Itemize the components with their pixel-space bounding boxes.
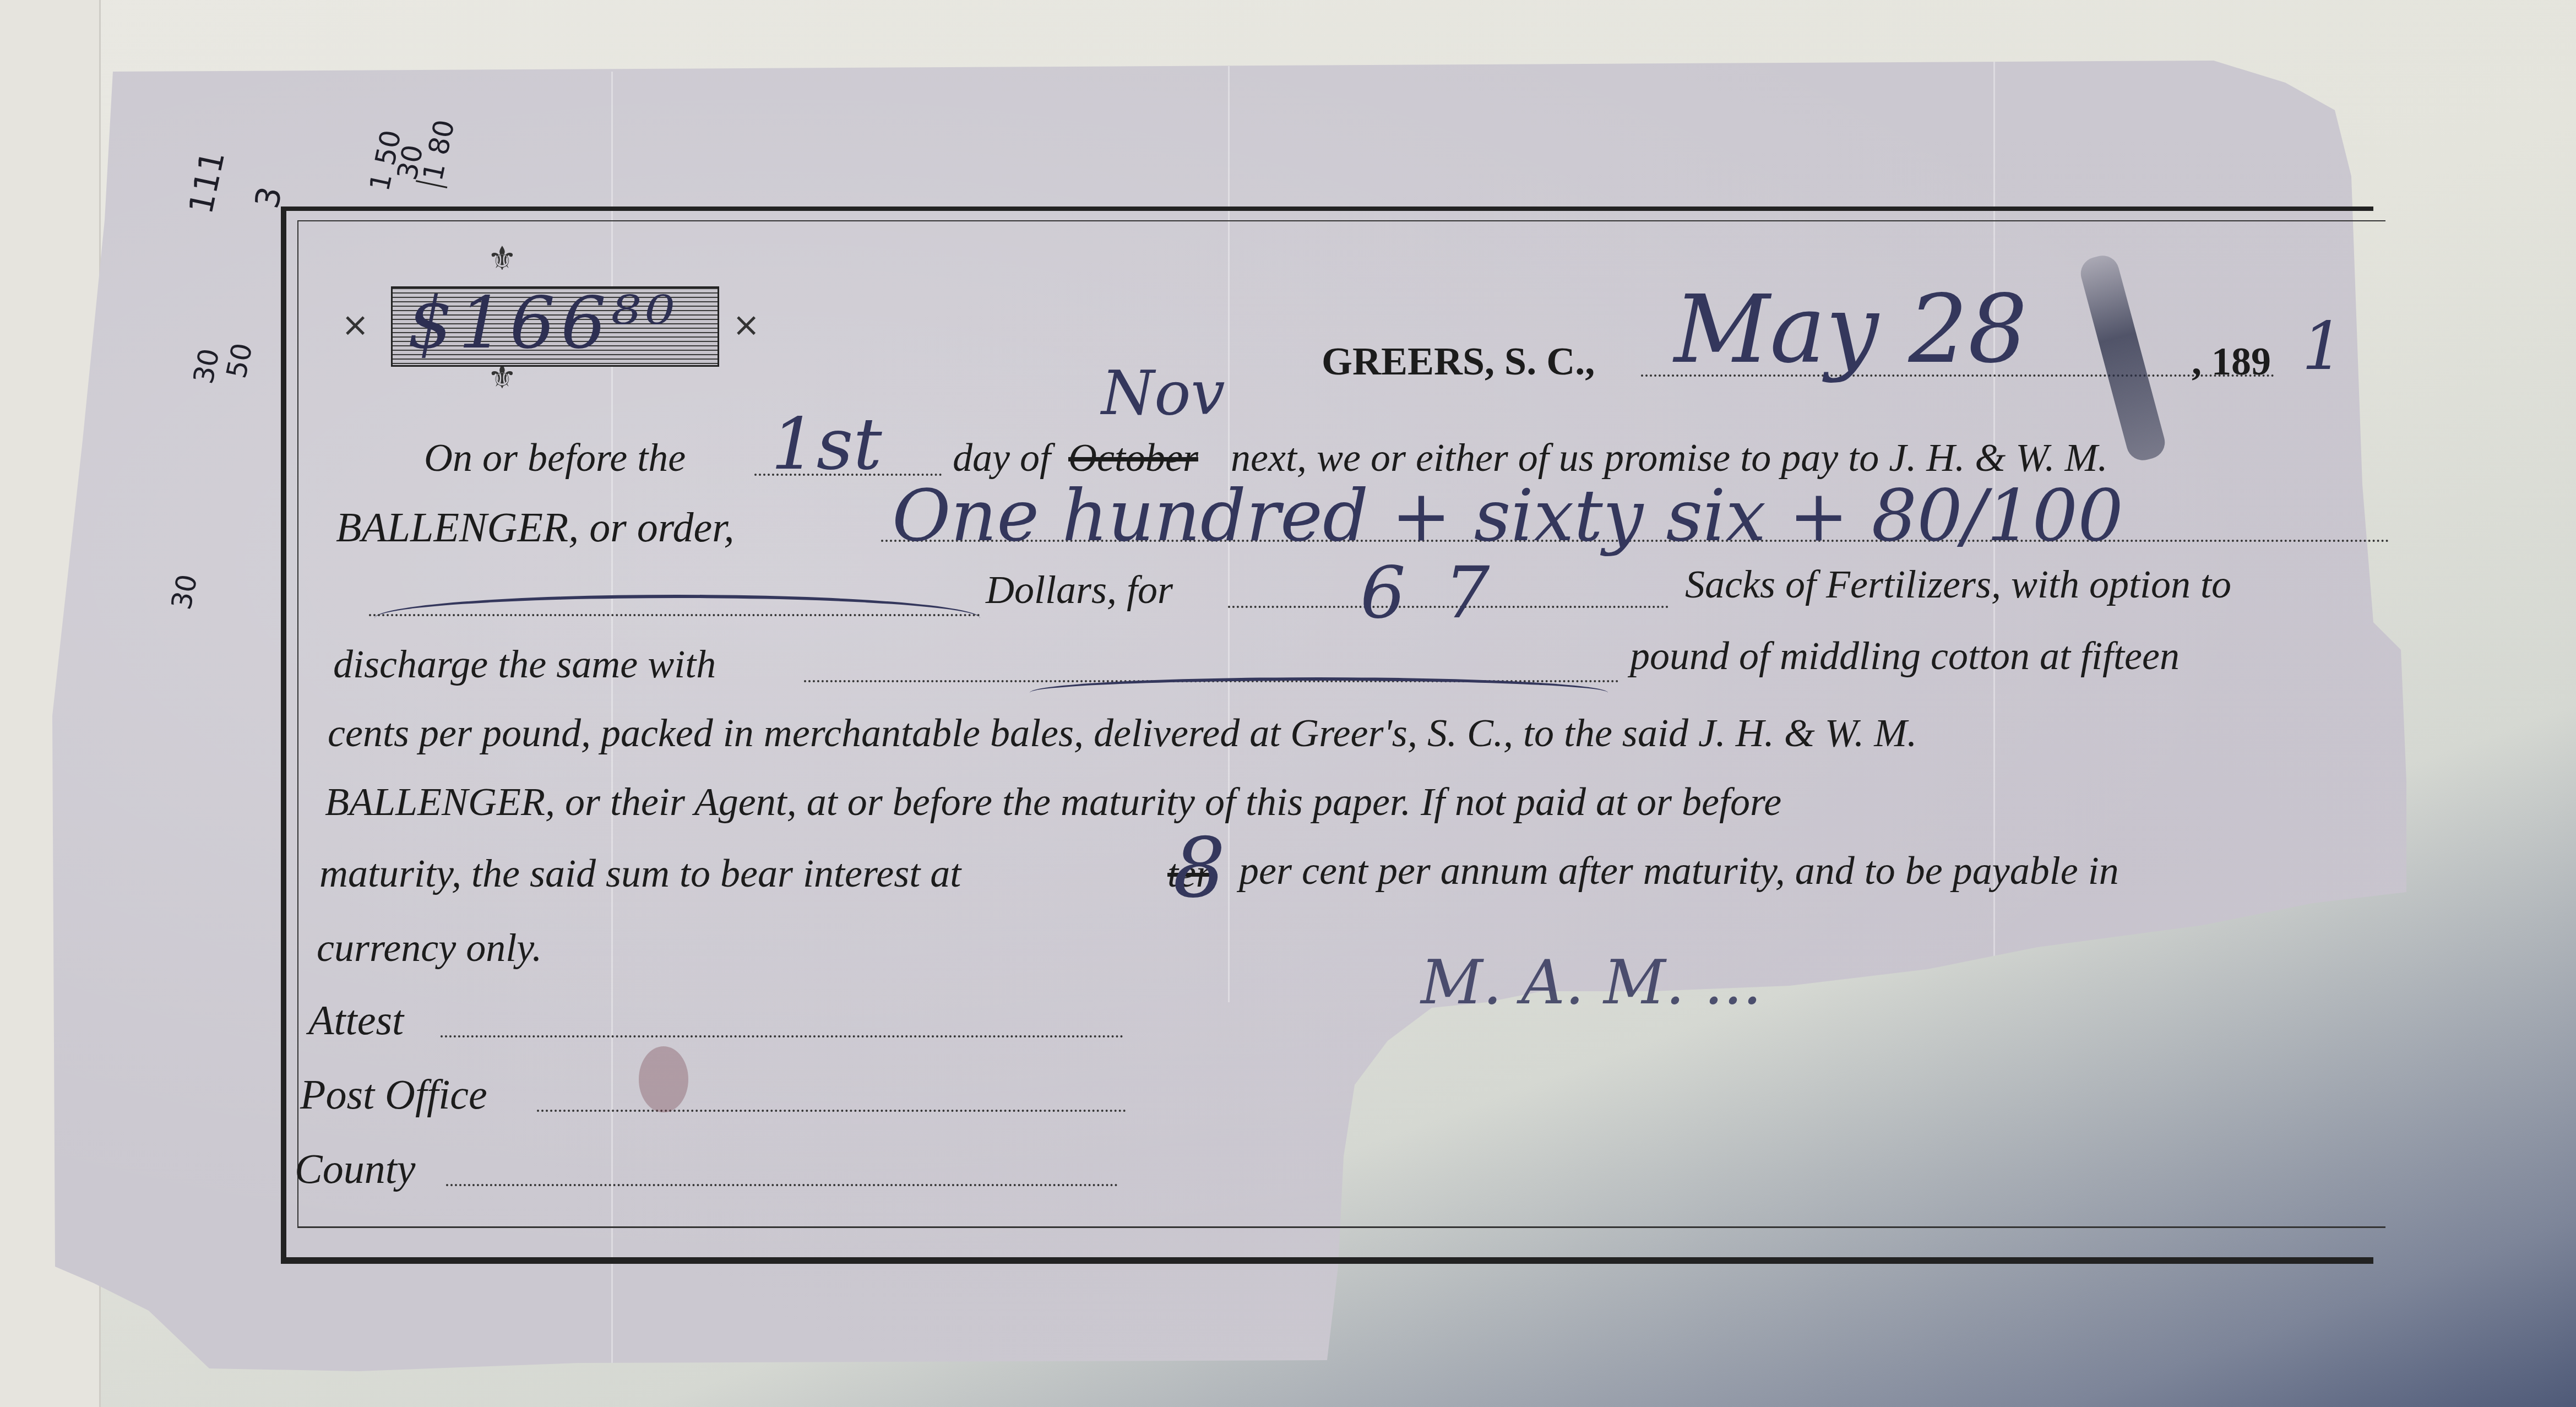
line2-prefix: BALLENGER, or order, (336, 504, 734, 552)
sacks-handwritten: 67 (1360, 551, 1528, 634)
line7-suffix: per cent per annum after maturity, and t… (1239, 848, 2119, 894)
line4-suffix: pound of middling cotton at fifteen (1630, 633, 2180, 679)
post-office-field[interactable] (537, 1110, 1126, 1112)
county-label: County (295, 1145, 416, 1193)
line8: currency only. (317, 925, 542, 971)
ornament-icon: ⨯ (732, 306, 760, 344)
attest-field[interactable] (441, 1035, 1123, 1037)
line5: cents per pound, packed in merchantable … (328, 710, 1917, 756)
signature-partial: M. A. M. ... (1421, 947, 1762, 1018)
amount-box: ⚜ ⚜ ⨯ ⨯ $166⁸⁰ (330, 259, 782, 385)
year-handwritten: 1 (2302, 308, 2344, 385)
year-printed: , 189 (2192, 339, 2271, 384)
attest-label: Attest (308, 997, 404, 1045)
place-label: GREERS, S. C., (1322, 339, 1595, 384)
county-field[interactable] (446, 1184, 1118, 1186)
ornament-icon: ⚜ (487, 240, 517, 278)
blank-strike-scribble (1030, 677, 1608, 708)
date-handwritten: May 28 (1674, 275, 2028, 384)
rate-handwritten: 8 (1173, 821, 1225, 916)
post-office-label: Post Office (300, 1071, 487, 1119)
line3-suffix: Sacks of Fertilizers, with option to (1685, 562, 2231, 607)
ornament-icon: ⨯ (341, 306, 369, 344)
amount-value: $166⁸⁰ (407, 281, 680, 365)
line7-prefix: maturity, the said sum to bear interest … (319, 851, 961, 897)
dollars-line (369, 614, 980, 616)
day-handwritten: 1st (771, 402, 882, 486)
line4-prefix: discharge the same with (333, 642, 716, 687)
line3-prefix: Dollars, for (986, 567, 1173, 613)
amount-words-handwritten: One hundred + sixty six + 80/100 (892, 474, 2123, 557)
line1-prefix: On or before the (424, 435, 686, 481)
stain (639, 1046, 688, 1112)
blank-strike-scribble (374, 595, 980, 642)
month-handwritten: Nov (1101, 358, 1225, 428)
line6: BALLENGER, or their Agent, at or before … (325, 779, 1781, 825)
